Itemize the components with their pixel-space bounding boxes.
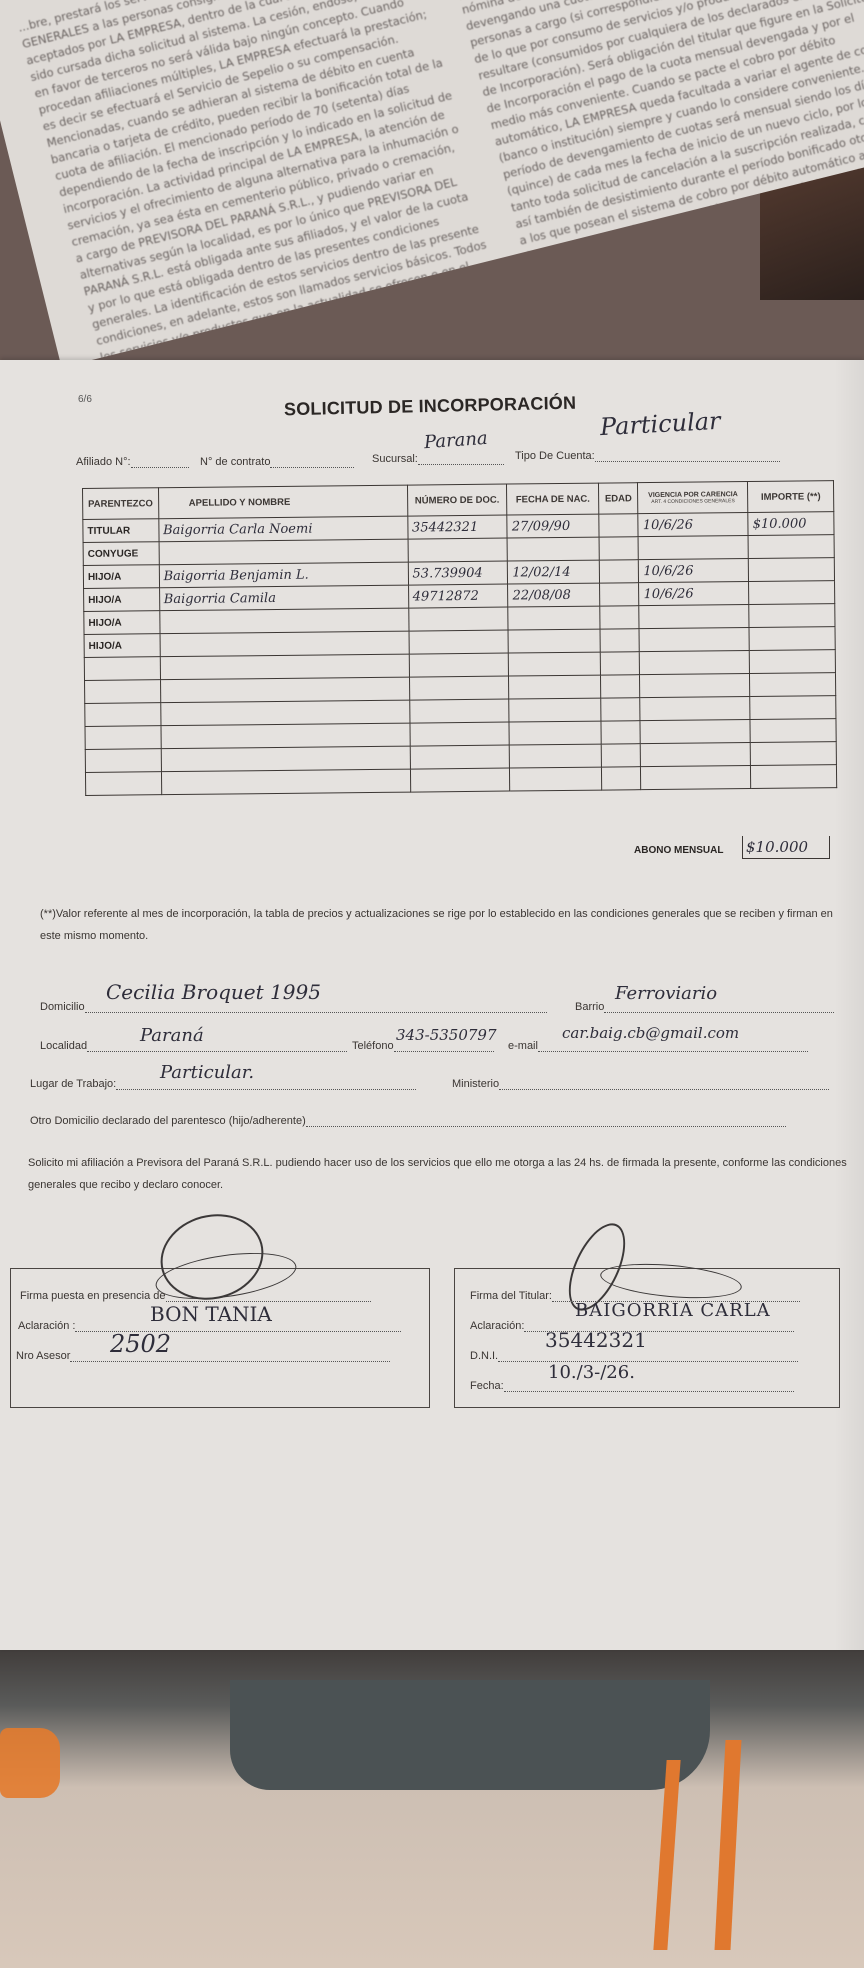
dni-label: D.N.I.: [470, 1350, 498, 1362]
cell-doc[interactable]: [409, 699, 509, 723]
firma-titular-label: Firma del Titular:: [470, 1290, 552, 1302]
cell-importe[interactable]: [748, 535, 834, 559]
cell-doc[interactable]: 49712872: [408, 584, 508, 608]
price-footnote: (**)Valor referente al mes de incorporac…: [40, 903, 840, 947]
form-title: SOLICITUD DE INCORPORACIÓN: [284, 393, 577, 421]
cell-fecha-nac[interactable]: [508, 606, 600, 630]
contrato-label: N° de contrato: [200, 456, 270, 468]
cell-nombre[interactable]: Baigorria Camila: [159, 585, 408, 611]
cell-parentezco: HIJO/A: [83, 565, 159, 589]
cell-fecha-nac[interactable]: [509, 675, 601, 699]
col-header-fecha: FECHA DE NAC.: [507, 483, 599, 515]
cell-importe[interactable]: [749, 581, 835, 605]
cell-fecha-nac[interactable]: 27/09/90: [507, 514, 599, 538]
cell-doc[interactable]: [408, 538, 508, 562]
tipo-cuenta-label: Tipo De Cuenta:: [515, 450, 595, 462]
back-page-left-column: ...bre, prestará los servicios conforme …: [16, 0, 512, 368]
vigencia-subtitle: ART. 4 CONDICIONES GENERALES: [643, 498, 744, 505]
cell-edad[interactable]: [601, 744, 641, 767]
fecha-label: Fecha:: [470, 1380, 504, 1392]
cell-edad[interactable]: [599, 537, 639, 560]
cell-vigencia[interactable]: [639, 628, 749, 652]
nro-asesor-value: 2502: [110, 1330, 171, 1358]
contrato-field[interactable]: N° de contrato: [200, 456, 354, 468]
page-number: 6/6: [78, 394, 92, 405]
cell-parentezco: [85, 772, 161, 796]
cell-importe[interactable]: [750, 719, 836, 743]
cell-vigencia[interactable]: [640, 674, 750, 698]
col-header-edad: EDAD: [599, 483, 639, 514]
col-header-doc: NÚMERO DE DOC.: [407, 484, 507, 516]
afiliado-field[interactable]: Afiliado N°:: [76, 456, 189, 468]
cell-doc[interactable]: [409, 676, 509, 700]
cell-edad[interactable]: [600, 652, 640, 675]
cell-fecha-nac[interactable]: [509, 652, 601, 676]
cell-vigencia[interactable]: [640, 697, 750, 721]
back-page-text: ...bre, prestará los servicios conforme …: [13, 0, 864, 368]
cell-parentezco: [85, 680, 161, 704]
cell-nombre[interactable]: [160, 631, 409, 657]
advisor-aclaracion-label: Aclaración :: [18, 1320, 75, 1332]
cell-nombre[interactable]: Baigorria Benjamin L.: [159, 562, 408, 588]
sucursal-field[interactable]: Sucursal:: [372, 453, 504, 465]
cell-edad[interactable]: [600, 606, 640, 629]
domicilio-label: Domicilio: [40, 1001, 85, 1013]
lugar-trabajo-label: Lugar de Trabajo:: [30, 1078, 116, 1090]
lugar-trabajo-value: Particular.: [160, 1062, 254, 1083]
afiliado-label: Afiliado N°:: [76, 456, 131, 468]
localidad-value: Paraná: [140, 1025, 204, 1046]
otro-domicilio-field[interactable]: Otro Domicilio declarado del parentesco …: [30, 1115, 786, 1127]
cell-edad[interactable]: [601, 698, 641, 721]
cell-vigencia[interactable]: 10/6/26: [639, 582, 749, 606]
cell-parentezco: HIJO/A: [84, 634, 160, 658]
background-fabric-shadow: [230, 1680, 710, 1790]
cell-edad[interactable]: [599, 514, 639, 537]
cell-nombre[interactable]: [160, 677, 409, 703]
cell-fecha-nac[interactable]: [507, 537, 599, 561]
nro-asesor-label: Nro Asesor: [16, 1350, 70, 1362]
cell-vigencia[interactable]: [638, 536, 748, 560]
cell-parentezco: [85, 749, 161, 773]
titular-aclaracion-value: BAIGORRIA CARLA: [575, 1300, 771, 1321]
cell-fecha-nac[interactable]: [509, 721, 601, 745]
cell-importe[interactable]: $10.000: [748, 512, 834, 536]
cell-importe[interactable]: [750, 650, 836, 674]
cell-doc[interactable]: [410, 722, 510, 746]
abono-mensual-value: $10.000: [746, 838, 808, 856]
nro-asesor-field[interactable]: Nro Asesor: [16, 1350, 390, 1362]
enrollment-form: 6/6 SOLICITUD DE INCORPORACIÓN Afiliado …: [0, 360, 864, 1650]
cell-parentezco: [85, 726, 161, 750]
barrio-value: Ferroviario: [615, 983, 717, 1004]
cell-parentezco: [84, 657, 160, 681]
cell-edad[interactable]: [599, 560, 639, 583]
back-page: ...bre, prestará los servicios conforme …: [0, 0, 864, 368]
cell-fecha-nac[interactable]: [510, 767, 602, 791]
cell-nombre[interactable]: [161, 723, 410, 749]
email-value: car.baig.cb@gmail.com: [562, 1024, 739, 1042]
cell-edad[interactable]: [602, 767, 642, 790]
cell-edad[interactable]: [601, 675, 641, 698]
cell-parentezco: CONYUGE: [83, 542, 159, 566]
cell-edad[interactable]: [600, 583, 640, 606]
telefono-value: 343-5350797: [396, 1026, 497, 1044]
sucursal-label: Sucursal:: [372, 453, 418, 465]
cell-nombre[interactable]: [159, 539, 408, 565]
col-header-nombre: APELLIDO Y NOMBRE: [158, 485, 407, 519]
cell-vigencia[interactable]: 10/6/26: [638, 513, 748, 537]
members-table: PARENTEZCO APELLIDO Y NOMBRE NÚMERO DE D…: [82, 480, 837, 796]
fabric-pattern: [0, 1728, 60, 1798]
cell-doc[interactable]: 35442321: [407, 515, 507, 539]
titular-aclaracion-label: Aclaración:: [470, 1320, 524, 1332]
telefono-label: Teléfono: [352, 1040, 394, 1052]
cell-fecha-nac[interactable]: [510, 744, 602, 768]
col-header-importe: IMPORTE (**): [748, 481, 834, 513]
cell-fecha-nac[interactable]: [509, 698, 601, 722]
ministerio-field[interactable]: Ministerio: [452, 1078, 829, 1090]
fecha-value: 10./3-/26.: [548, 1362, 635, 1383]
cell-importe[interactable]: [749, 604, 835, 628]
localidad-label: Localidad: [40, 1040, 87, 1052]
cell-importe[interactable]: [751, 765, 837, 789]
domicilio-value: Cecilia Broquet 1995: [106, 980, 321, 1004]
cell-importe[interactable]: [750, 696, 836, 720]
cell-importe[interactable]: [749, 627, 835, 651]
cell-nombre[interactable]: [159, 608, 408, 634]
cell-importe[interactable]: [750, 742, 836, 766]
cell-vigencia[interactable]: 10/6/26: [639, 559, 749, 583]
cell-edad[interactable]: [601, 721, 641, 744]
cell-nombre[interactable]: [161, 769, 410, 795]
cell-importe[interactable]: [750, 673, 836, 697]
cell-vigencia[interactable]: [641, 766, 751, 790]
cell-parentezco: TITULAR: [83, 519, 159, 543]
cell-doc[interactable]: [410, 768, 510, 792]
abono-mensual-label: ABONO MENSUAL: [634, 845, 723, 856]
tipo-cuenta-field[interactable]: Tipo De Cuenta:: [515, 450, 780, 462]
cell-doc[interactable]: [409, 653, 509, 677]
cell-vigencia[interactable]: [640, 720, 750, 744]
firma-presencia-label: Firma puesta en presencia de: [20, 1290, 166, 1302]
advisor-aclaracion-value: BON TANIA: [150, 1302, 272, 1326]
barrio-label: Barrio: [575, 1001, 604, 1013]
otro-domicilio-label: Otro Domicilio declarado del parentesco …: [30, 1115, 306, 1127]
cell-parentezco: HIJO/A: [84, 588, 160, 612]
cell-doc[interactable]: [408, 607, 508, 631]
firma-presencia-field[interactable]: Firma puesta en presencia de: [20, 1290, 371, 1302]
col-header-parentezco: PARENTEZCO: [83, 488, 159, 520]
cell-nombre[interactable]: Baigorria Carla Noemi: [158, 516, 407, 542]
col-header-vigencia: VIGENCIA POR CARENCIAART. 4 CONDICIONES …: [638, 482, 748, 514]
affiliation-declaration: Solicito mi afiliación a Previsora del P…: [28, 1152, 848, 1196]
ministerio-label: Ministerio: [452, 1078, 499, 1090]
email-label: e-mail: [508, 1040, 538, 1052]
cell-nombre[interactable]: [160, 700, 409, 726]
tipo-cuenta-value: Particular: [599, 407, 721, 441]
cell-importe[interactable]: [749, 558, 835, 582]
cell-doc[interactable]: [409, 630, 509, 654]
cell-parentezco: [85, 703, 161, 727]
cell-vigencia[interactable]: [639, 605, 749, 629]
cell-nombre[interactable]: [161, 746, 410, 772]
cell-fecha-nac[interactable]: [508, 629, 600, 653]
sucursal-value: Parana: [423, 428, 488, 453]
cell-edad[interactable]: [600, 629, 640, 652]
cell-parentezco: HIJO/A: [84, 611, 160, 635]
dni-value: 35442321: [545, 1328, 647, 1352]
cell-nombre[interactable]: [160, 654, 409, 680]
cell-doc[interactable]: [410, 745, 510, 769]
cell-fecha-nac[interactable]: 22/08/08: [508, 583, 600, 607]
cell-fecha-nac[interactable]: 12/02/14: [508, 560, 600, 584]
cell-vigencia[interactable]: [640, 651, 750, 675]
cell-vigencia[interactable]: [641, 743, 751, 767]
cell-doc[interactable]: 53.739904: [408, 561, 508, 585]
